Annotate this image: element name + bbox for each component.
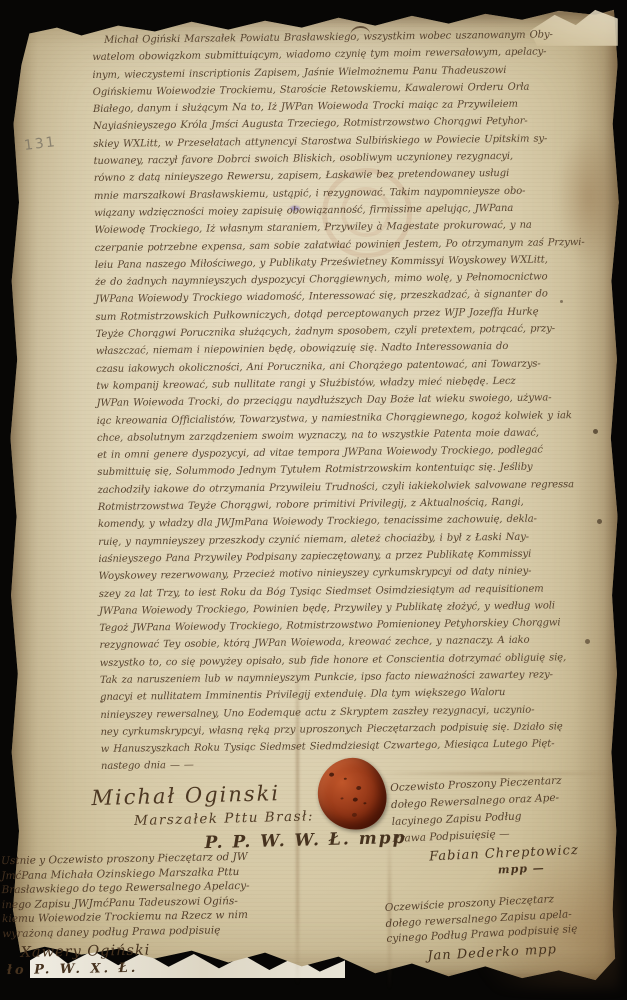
attestation-right-upper-lines: Oczewisto Proszony Pieczentarzdołego Rew… <box>390 772 578 848</box>
attestation-right-upper: Oczewisto Proszony Pieczentarzdołego Rew… <box>390 772 580 881</box>
attestation-right-lower: Oczewiście proszony Pieczętarzdołego rew… <box>384 891 578 965</box>
attestation-line: wyrażoną daney podług Prawa podpisuię <box>2 923 250 942</box>
ink-specks <box>0 0 3 3</box>
signature-xawery-oginski: Xawery Ogiński <box>21 940 251 960</box>
attestation-right-lower-lines: Oczewiście proszony Pieczętarzdołego rew… <box>384 891 577 947</box>
photograph-background: { "document": { "kind": "manuscript-scan… <box>0 0 627 1000</box>
attestation-left-lines: Ustnie y Oczewisto proszony Pieczętarz o… <box>1 850 251 942</box>
attestation-left: Ustnie y Oczewisto proszony Pieczętarz o… <box>1 850 251 978</box>
manuscript-body: Michał Ogiński Marszałek Powiatu Brasław… <box>92 26 617 776</box>
wax-seal-texture <box>329 772 335 777</box>
